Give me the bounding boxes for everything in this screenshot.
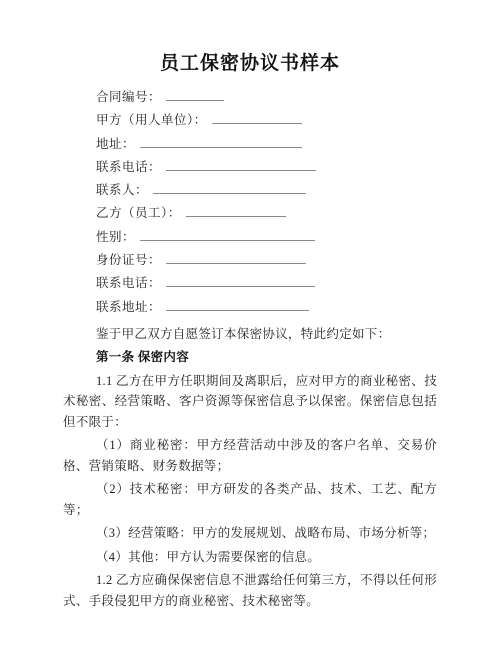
field-row: 甲方（用人单位）： — [63, 109, 437, 132]
field-label: 合同编号： — [96, 90, 161, 104]
field-row: 乙方（员工）： — [63, 202, 437, 225]
body-paragraph: 鉴于甲乙双方自愿签订本保密协议，特此约定如下： — [63, 324, 437, 345]
section-heading: 第一条 保密内容 — [63, 347, 437, 368]
field-label: 联系电话： — [96, 276, 161, 290]
body-paragraph: （1）商业秘密：甲方经营活动中涉及的客户名单、交易价格、营销策略、财务数据等； — [63, 435, 437, 476]
field-label: 乙方（员工）： — [96, 206, 181, 220]
field-blank-line — [186, 205, 286, 217]
field-blank-line — [140, 229, 315, 241]
field-blank-line — [140, 136, 302, 148]
field-blank-line — [212, 112, 302, 124]
field-label: 地址： — [96, 137, 135, 151]
field-row: 合同编号： — [63, 86, 437, 109]
field-label: 联系人： — [96, 183, 148, 197]
document-page: 员工保密协议书样本 合同编号：甲方（用人单位）：地址：联系电话：联系人：乙方（员… — [0, 0, 500, 647]
field-blank-line — [166, 159, 316, 171]
body-paragraph: 1.1 乙方在甲方任职期间及离职后，应对甲方的商业秘密、技术秘密、经营策略、客户… — [63, 371, 437, 433]
document-title: 员工保密协议书样本 — [63, 52, 437, 76]
field-row: 地址： — [63, 133, 437, 156]
body-paragraph: （2）技术秘密：甲方研发的各类产品、技术、工艺、配方等； — [63, 479, 437, 520]
field-row: 联系电话： — [63, 272, 437, 295]
field-label: 联系地址： — [96, 300, 161, 314]
field-blank-line — [153, 182, 306, 194]
field-blank-line — [166, 89, 224, 101]
document-body: 鉴于甲乙双方自愿签订本保密协议，特此约定如下：第一条 保密内容1.1 乙方在甲方… — [63, 324, 437, 612]
form-fields: 合同编号：甲方（用人单位）：地址：联系电话：联系人：乙方（员工）：性别：身份证号… — [63, 86, 437, 319]
body-paragraph: 1.2 乙方应确保保密信息不泄露给任何第三方，不得以任何形式、手段侵犯甲方的商业… — [63, 570, 437, 611]
body-paragraph: （4）其他：甲方认为需要保密的信息。 — [63, 547, 437, 568]
field-label: 身份证号： — [96, 253, 161, 267]
field-label: 联系电话： — [96, 160, 161, 174]
field-row: 联系电话： — [63, 156, 437, 179]
field-label: 甲方（用人单位）： — [96, 113, 207, 127]
field-label: 性别： — [96, 230, 135, 244]
body-paragraph: （3）经营策略：甲方的发展规划、战略布局、市场分析等； — [63, 523, 437, 544]
field-row: 性别： — [63, 226, 437, 249]
field-blank-line — [166, 275, 315, 287]
field-row: 身份证号： — [63, 249, 437, 272]
field-blank-line — [166, 299, 309, 311]
field-blank-line — [166, 252, 306, 264]
field-row: 联系人： — [63, 179, 437, 202]
field-row: 联系地址： — [63, 296, 437, 319]
